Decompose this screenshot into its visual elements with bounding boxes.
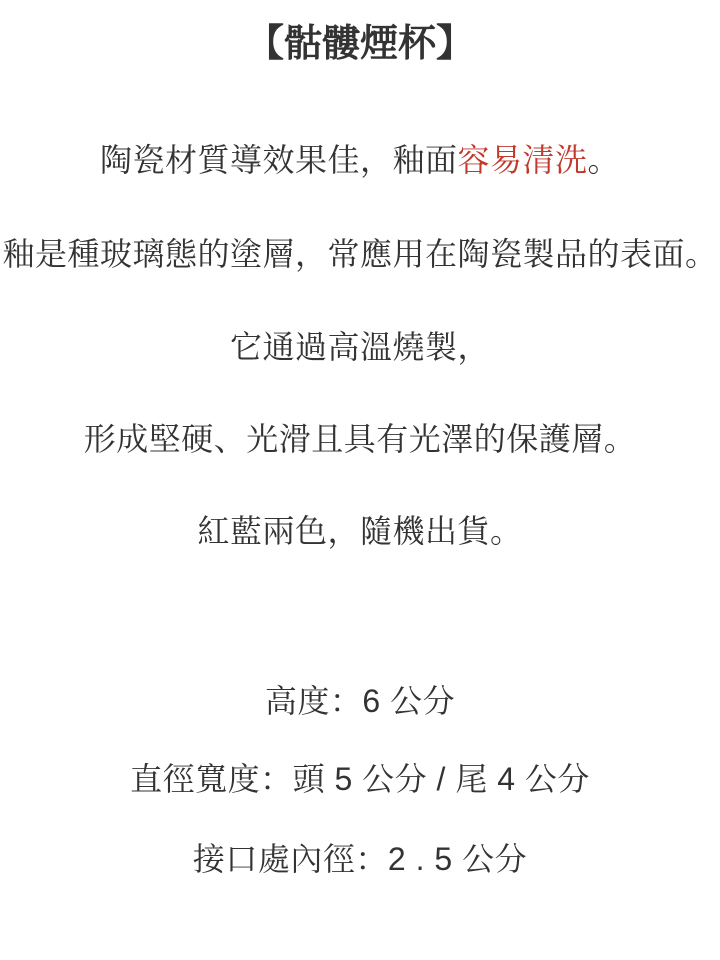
spec-line-inner-diameter: 接口處內徑：2 . 5 公分 bbox=[0, 840, 720, 878]
product-title: 【骷髏煙杯】 bbox=[0, 22, 720, 68]
description-line-glaze: 釉是種玻璃態的塗層，常應用在陶瓷製品的表面。 bbox=[0, 235, 720, 273]
product-description-page: 【骷髏煙杯】 陶瓷材質導效果佳，釉面容易清洗。 釉是種玻璃態的塗層，常應用在陶瓷… bbox=[0, 0, 720, 960]
spec-line-height: 高度：6 公分 bbox=[0, 682, 720, 720]
description-line-protective-layer: 形成堅硬、光滑且具有光澤的保護層。 bbox=[0, 420, 720, 458]
spec-line-diameter: 直徑寬度：頭 5 公分 / 尾 4 公分 bbox=[0, 760, 720, 798]
description-line-colors-random: 紅藍兩色，隨機出貨。 bbox=[0, 512, 720, 550]
description-text-prefix: 陶瓷材質導效果佳，釉面 bbox=[100, 142, 458, 178]
description-line-material: 陶瓷材質導效果佳，釉面容易清洗。 bbox=[0, 141, 720, 179]
description-line-firing: 它通過高溫燒製， bbox=[0, 328, 720, 366]
description-text-period: 。 bbox=[588, 142, 621, 178]
highlight-easy-clean-text: 容易清洗 bbox=[457, 142, 587, 178]
